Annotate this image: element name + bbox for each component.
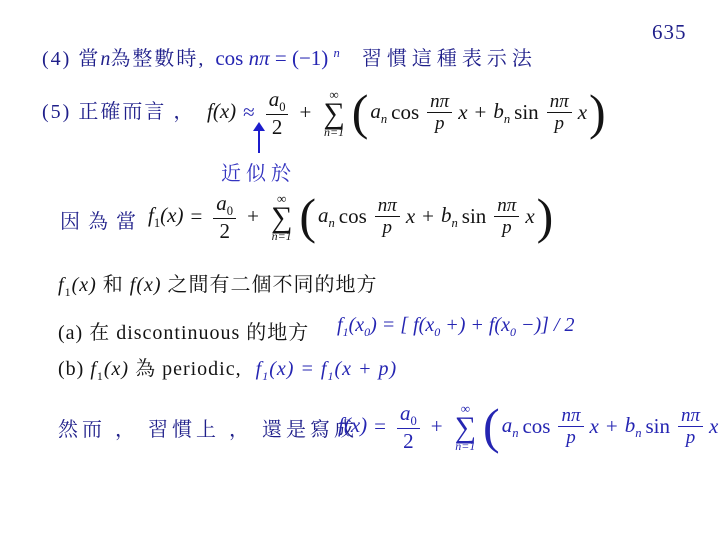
npi-over-p-fraction: nπp [547,91,572,136]
left-paren: ( [299,194,316,239]
sin-token: sin [514,102,539,123]
item-a-label: (a) 在 discontinuous 的地方 [58,316,309,345]
var-x: x [709,416,718,437]
cosine-identity-formula: cos nπ = (−1) n [215,46,340,71]
equals-sign: = [374,416,386,437]
npi-over-p-fraction: nπp [375,195,400,240]
cos-token: cos [215,46,243,70]
an-coeff: an [370,101,387,126]
summation-symbol: ∞∑n=1 [323,88,344,139]
plus-sign: + [299,102,311,123]
left-paren: ( [352,90,369,135]
plus-sign: + [606,416,618,437]
lhs-f: f(x) [207,101,236,126]
approx-symbol: ≈ [243,102,255,123]
a0-over-2-fraction: a02 [266,87,289,140]
plus-sign: + [247,206,259,227]
exponent-n: n [334,46,340,60]
page-number: 635 [652,20,687,45]
periodicity-formula: f1(x) = f1(x + p) [256,358,398,380]
plus-sign: + [431,416,443,437]
npi-over-p-fraction: nπp [427,91,452,136]
bn-coeff: bn [625,415,642,440]
cos-token: cos [522,416,550,437]
summation-symbol: ∞∑n=1 [271,192,292,243]
line4-label-post: 為整數時, [110,42,205,71]
bn-coeff: bn [493,101,510,126]
cos-token: cos [339,206,367,227]
var-x: x [406,206,415,227]
difference-text: 之間有二個不同的地方 [162,274,378,296]
because-label: 因為當 [60,205,144,234]
final-series-formula: f(x) = a02 + ∞∑n=1 ( an cos nπp x + bn s… [338,396,720,458]
and-text: 和 [97,274,130,296]
a0-over-2-fraction: a02 [213,191,236,244]
npi-over-p-fraction: nπp [558,405,583,450]
final-label: 然而 ， 習慣上 ， 還是寫成 [58,413,358,442]
slide: 635 (4) 當 n 為整數時, cos nπ = (−1) n 習慣這種表示… [0,0,720,540]
cos-arg: nπ [249,46,270,70]
lhs-f: f(x) [338,415,367,440]
approx-note: 近似於 [221,157,296,186]
right-paren: ) [589,90,606,135]
item-b-line: (b) f1(x) 為 periodic, f1(x) = f1(x + p) [58,352,397,384]
item-a-formula: f1(x0) = [ f(x0 +) + f(x0 −)] / 2 [337,314,574,340]
sin-token: sin [462,206,487,227]
fourier-series-approx-formula: f(x) ≈ a02 + ∞∑n=1 ( an cos nπp x + bn s… [207,82,608,144]
right-paren: ) [537,194,554,239]
cos-token: cos [391,102,419,123]
bn-coeff: bn [441,205,458,230]
line4-label-pre: (4) 當 [42,42,100,71]
var-x: x [458,102,467,123]
summation-symbol: ∞∑n=1 [455,402,476,453]
equals-sign: = [190,206,202,227]
line4-var-n: n [100,48,110,71]
line5-label: (5) 正確而言 ， [42,95,195,124]
plus-sign: + [422,206,434,227]
an-coeff: an [502,415,519,440]
item-b-label-mid: 為 periodic, [129,358,248,380]
sin-token: sin [645,416,670,437]
equals-minus-one: = (−1) [275,46,328,70]
item-b-label-pre: (b) [58,358,90,380]
a0-over-2-fraction: a02 [397,401,420,454]
line4-trailing-text: 習慣這種表示法 [362,42,537,71]
var-x: x [578,102,587,123]
npi-over-p-fraction: nπp [494,195,519,240]
left-paren: ( [483,404,500,449]
plus-sign: + [475,102,487,123]
lhs-f1: f1(x) [148,205,183,230]
line4: (4) 當 n 為整數時, cos nπ = (−1) n 習慣這種表示法 [42,42,537,71]
an-coeff: an [318,205,335,230]
f1-series-formula: f1(x) = a02 + ∞∑n=1 ( an cos nπp x + bn … [148,186,555,248]
var-x: x [590,416,599,437]
var-x: x [525,206,534,227]
difference-statement: f1(x) 和 f(x) 之間有二個不同的地方 [58,268,378,300]
npi-over-p-fraction: nπp [678,405,703,450]
up-arrow-icon [253,122,265,153]
